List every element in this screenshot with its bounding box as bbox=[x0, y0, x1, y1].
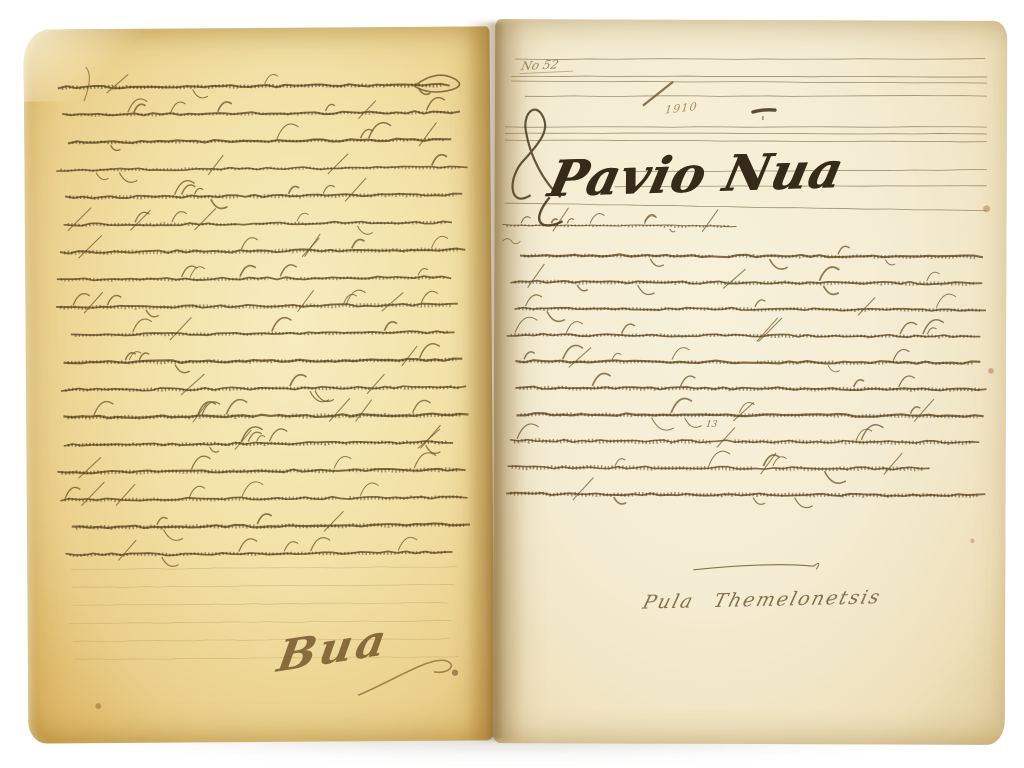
right-page-notation-drawing bbox=[493, 19, 1008, 745]
left-page-notation-drawing bbox=[24, 26, 495, 743]
measure-number-mark: 13 bbox=[705, 420, 718, 430]
page-number-mark: No 52 bbox=[519, 57, 576, 75]
left-manuscript-page: Bua bbox=[24, 26, 495, 743]
photo-background: Bua No 52 1910 Pavio Nua 13 Pula Themelo… bbox=[0, 0, 1024, 768]
right-manuscript-page: No 52 1910 Pavio Nua 13 Pula Themelonets… bbox=[493, 19, 1008, 745]
piece-title: Pavio Nua bbox=[543, 140, 849, 208]
